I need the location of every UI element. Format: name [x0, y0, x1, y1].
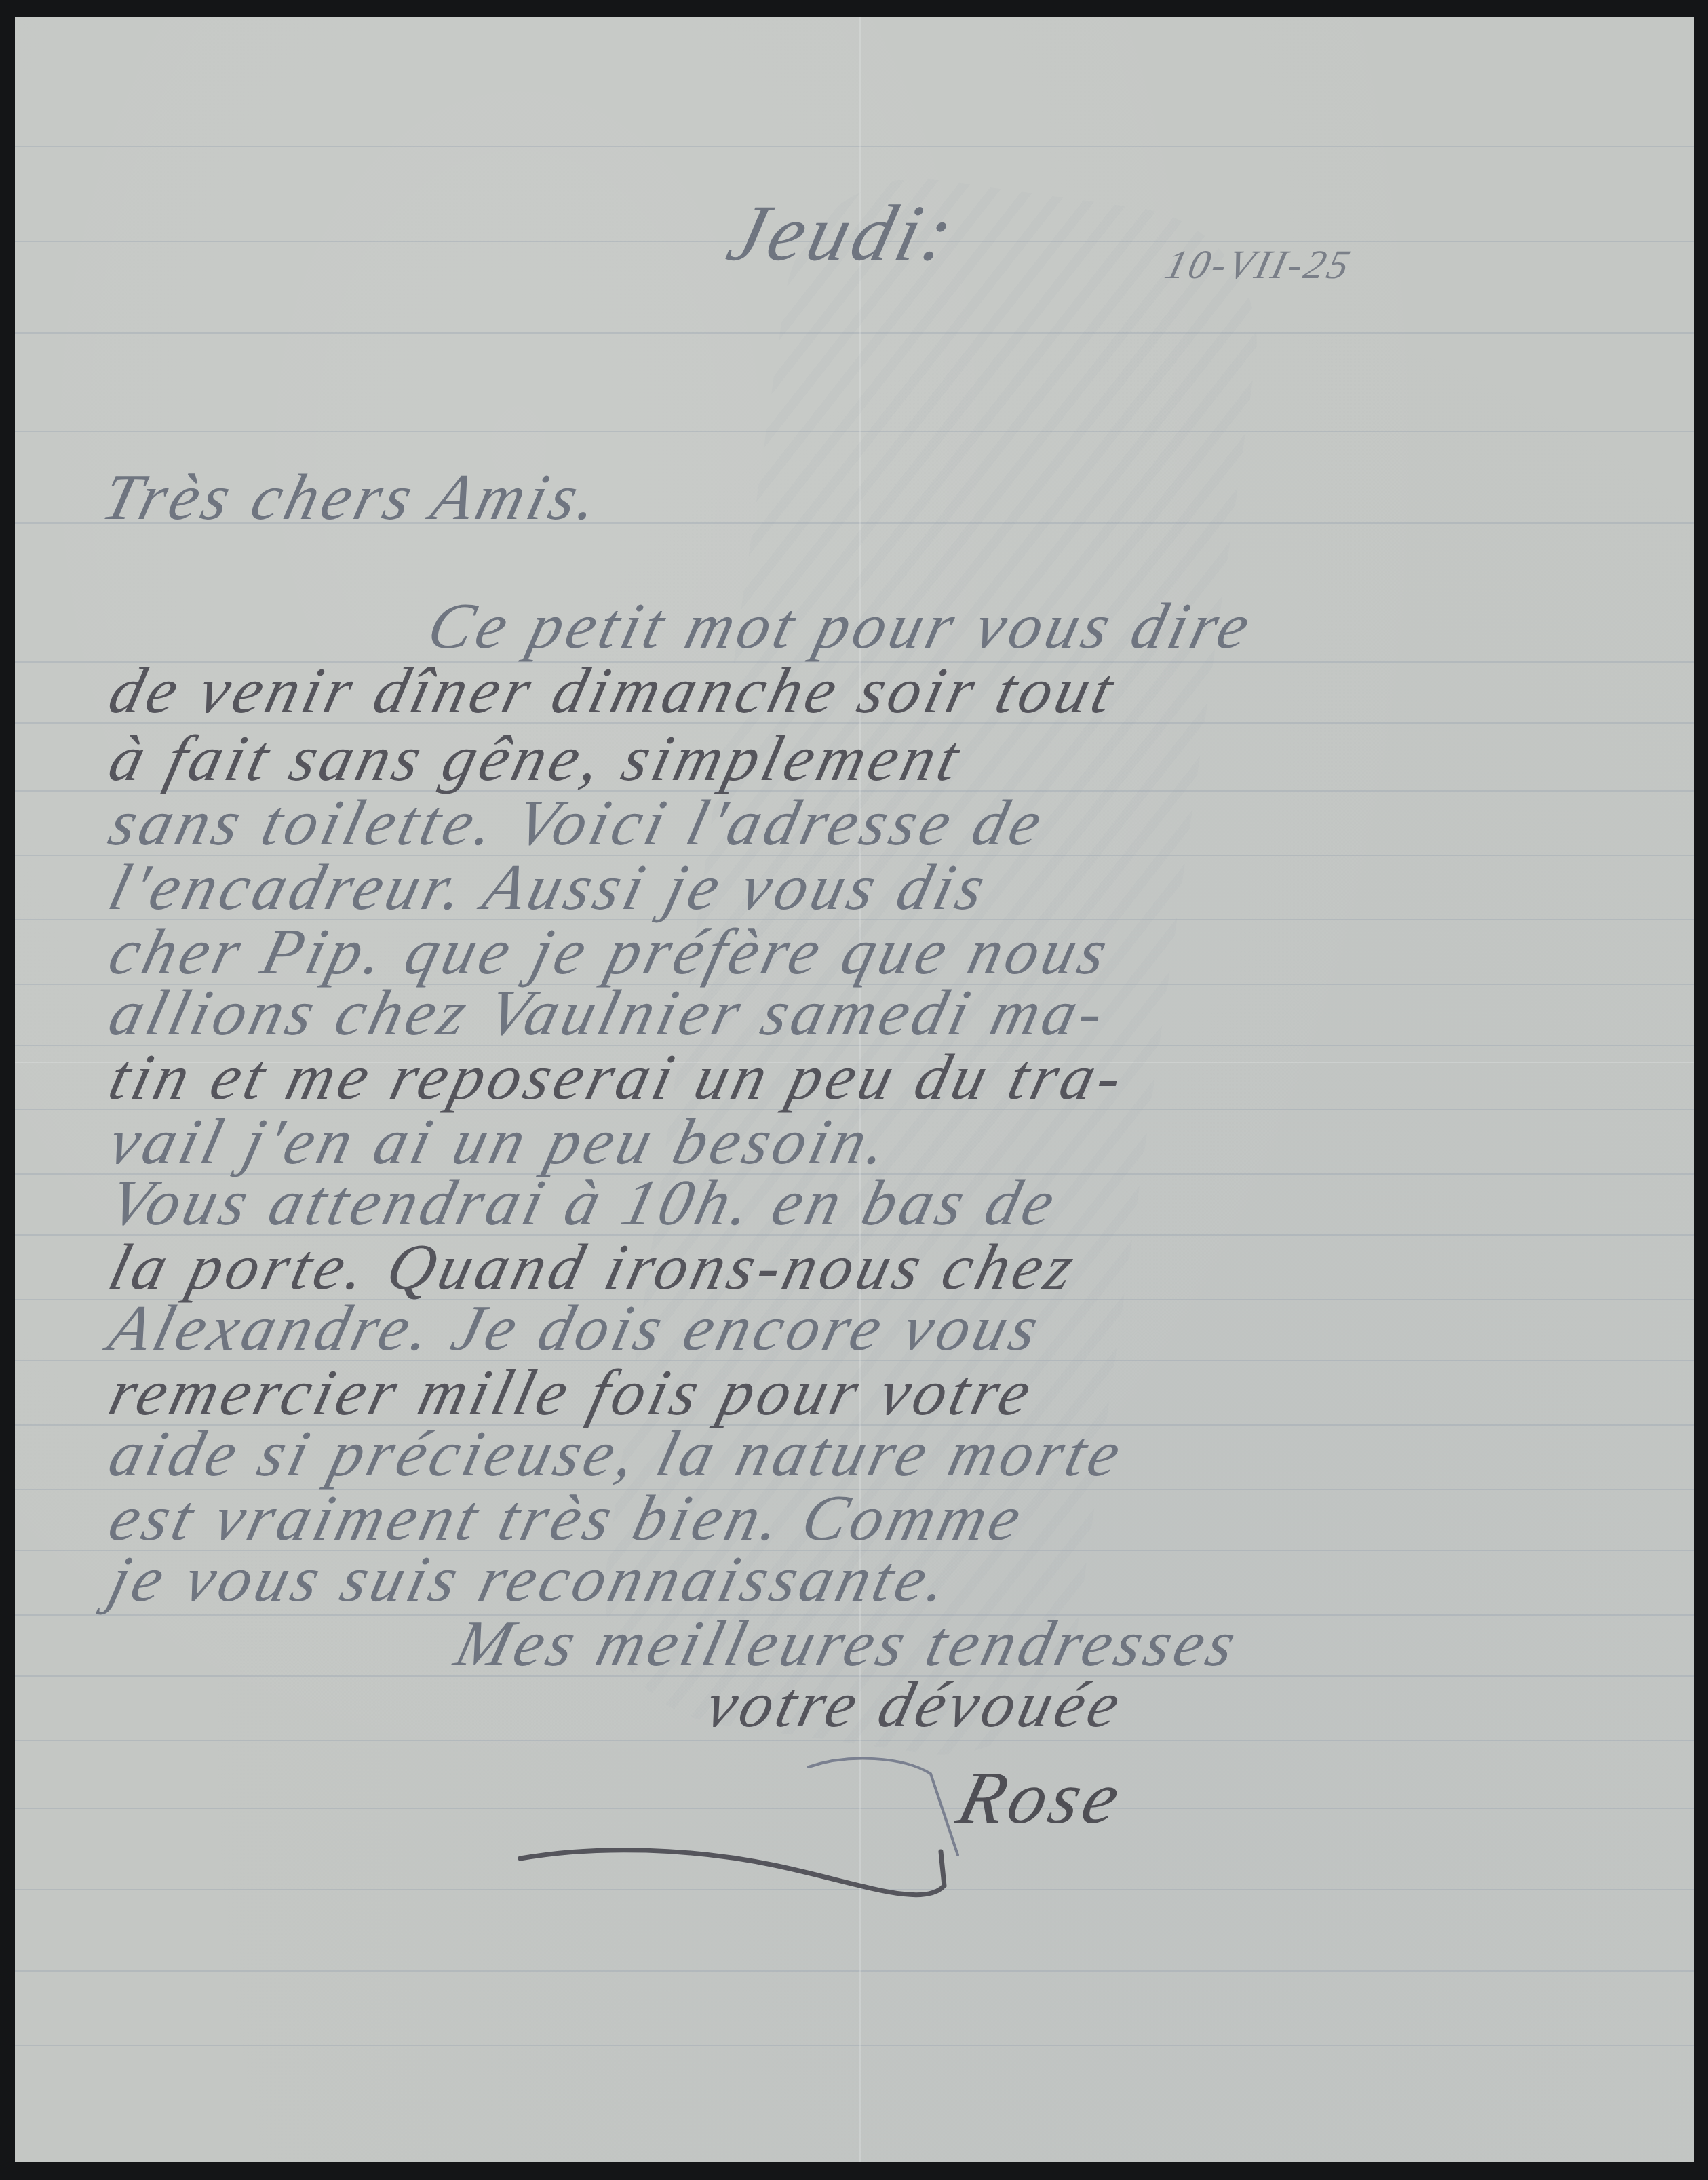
salutation: Très chers Amis.	[96, 465, 609, 530]
body-line: aide si précieuse, la nature morte	[103, 1421, 1131, 1486]
body-line: la porte. Quand irons-nous chez	[103, 1234, 1084, 1300]
signature: Rose	[951, 1760, 1131, 1835]
body-line: Ce petit mot pour vous dire	[422, 593, 1260, 659]
body-line: sans toilette. Voici l'adresse de	[103, 790, 1052, 855]
body-line: je vous suis reconnaissante.	[103, 1546, 958, 1612]
body-line: cher Pip. que je préfère que nous	[103, 919, 1117, 984]
body-line: à fait sans gêne, simplement	[103, 726, 969, 791]
closing-line: votre dévouée	[700, 1672, 1130, 1737]
body-line: allions chez Vaulnier samedi ma-	[103, 980, 1114, 1045]
letter-day: Jeudi:	[720, 193, 965, 273]
body-line: Vous attendrai à 10h. en bas de	[103, 1170, 1065, 1235]
body-line: est vraiment très bien. Comme	[103, 1485, 1031, 1551]
signature-loop	[795, 1753, 971, 1862]
letter-date: 10-VII-25	[1161, 244, 1357, 285]
letter-sheet: Jeudi: 10-VII-25 Très chers Amis. Ce pet…	[15, 17, 1694, 2162]
ruled-line	[15, 146, 1694, 147]
closing-line: Mes meilleures tendresses	[449, 1611, 1246, 1676]
ruled-line	[15, 1970, 1694, 1972]
body-line: Alexandre. Je dois encore vous	[103, 1296, 1049, 1361]
body-line: remercier mille fois pour votre	[103, 1360, 1041, 1425]
body-line: l'encadreur. Aussi je vous dis	[103, 855, 995, 920]
body-line: tin et me reposerai un peu du tra-	[103, 1045, 1133, 1110]
body-line: de venir dîner dimanche soir tout	[103, 658, 1123, 723]
ruled-line	[15, 2045, 1694, 2046]
body-line: vail j'en ai un peu besoin.	[103, 1109, 898, 1174]
